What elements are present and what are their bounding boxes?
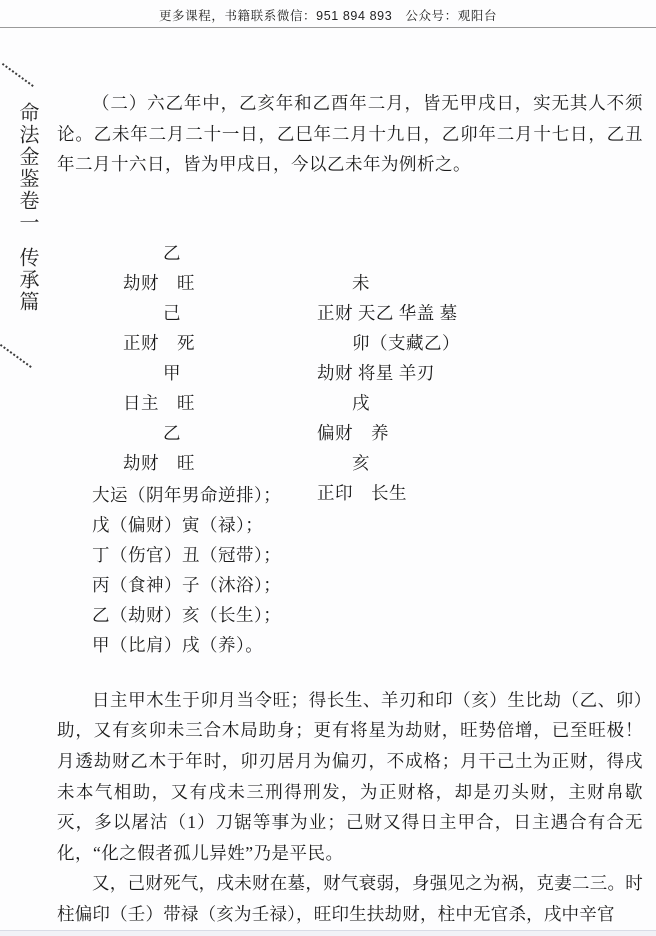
- chart-row-stem-month: 己 卯（支藏乙）: [57, 268, 643, 298]
- paragraph-analysis-2: 又，己财死气，戌未财在墓，财气衰弱，身强见之为祸，克妻二三。时柱偏印（壬）带禄（…: [57, 868, 643, 929]
- chart-row-label-day: 日主 旺 偏财 养: [57, 358, 643, 388]
- dayun-item: 丙（食神）子（沐浴）；: [92, 570, 643, 600]
- chart-row-label-month: 正财 死 劫财 将星 羊刃: [57, 298, 643, 328]
- dayun-item: 甲（比肩）戌（养）。: [92, 630, 643, 660]
- paragraph-intro: （二）六乙年中，乙亥年和乙酉年二月，皆无甲戌日，实无其人不须论。乙未年二月二十一…: [57, 88, 643, 180]
- hour-stem-label: 劫财 旺: [123, 448, 195, 478]
- chart-row-stem-hour: 乙 亥: [57, 388, 643, 418]
- hour-branch: 亥: [352, 448, 370, 478]
- paragraph-analysis-1: 日主甲木生于卯月当令旺；得长生、羊刃和印（亥）生比劫（乙、卯）助，又有亥卯未三合…: [57, 685, 643, 869]
- page-bottom-edge: [0, 930, 656, 936]
- header-contact-text: 更多课程，书籍联系微信：951 894 893 公众号：观阳台: [0, 0, 656, 24]
- dayun-item: 戊（偏财）寅（禄）；: [92, 510, 643, 540]
- bazi-chart: 乙 未 劫财 旺 正财 天乙 华盖 墓 己 卯（支藏乙） 正财 死 劫财 将星 …: [57, 208, 643, 448]
- dayun-item: 丁（伤官）丑（冠带）；: [92, 540, 643, 570]
- decorative-squiggle-top-icon: [2, 63, 34, 87]
- volume-title: 命法金鉴卷一: [16, 102, 38, 234]
- decorative-squiggle-bottom-icon: [0, 344, 32, 368]
- chapter-title: 传承篇: [16, 247, 38, 313]
- book-page: 更多课程，书籍联系微信：951 894 893 公众号：观阳台 命法金鉴卷一传承…: [0, 0, 656, 936]
- chart-row-stem-year: 乙 未: [57, 208, 643, 238]
- hour-branch-label: 正印 长生: [317, 478, 407, 508]
- vertical-book-title: 命法金鉴卷一传承篇: [13, 102, 41, 313]
- page-header: 更多课程，书籍联系微信：951 894 893 公众号：观阳台: [0, 0, 656, 28]
- dayun-item: 乙（劫财）亥（长生）；: [92, 600, 643, 630]
- document-body: （二）六乙年中，乙亥年和乙酉年二月，皆无甲戌日，实无其人不须论。乙未年二月二十一…: [57, 88, 643, 930]
- chart-row-label-hour: 劫财 旺 正印 长生: [57, 418, 643, 448]
- chart-row-label-year: 劫财 旺 正财 天乙 华盖 墓: [57, 238, 643, 268]
- chart-row-stem-day: 甲 戌: [57, 328, 643, 358]
